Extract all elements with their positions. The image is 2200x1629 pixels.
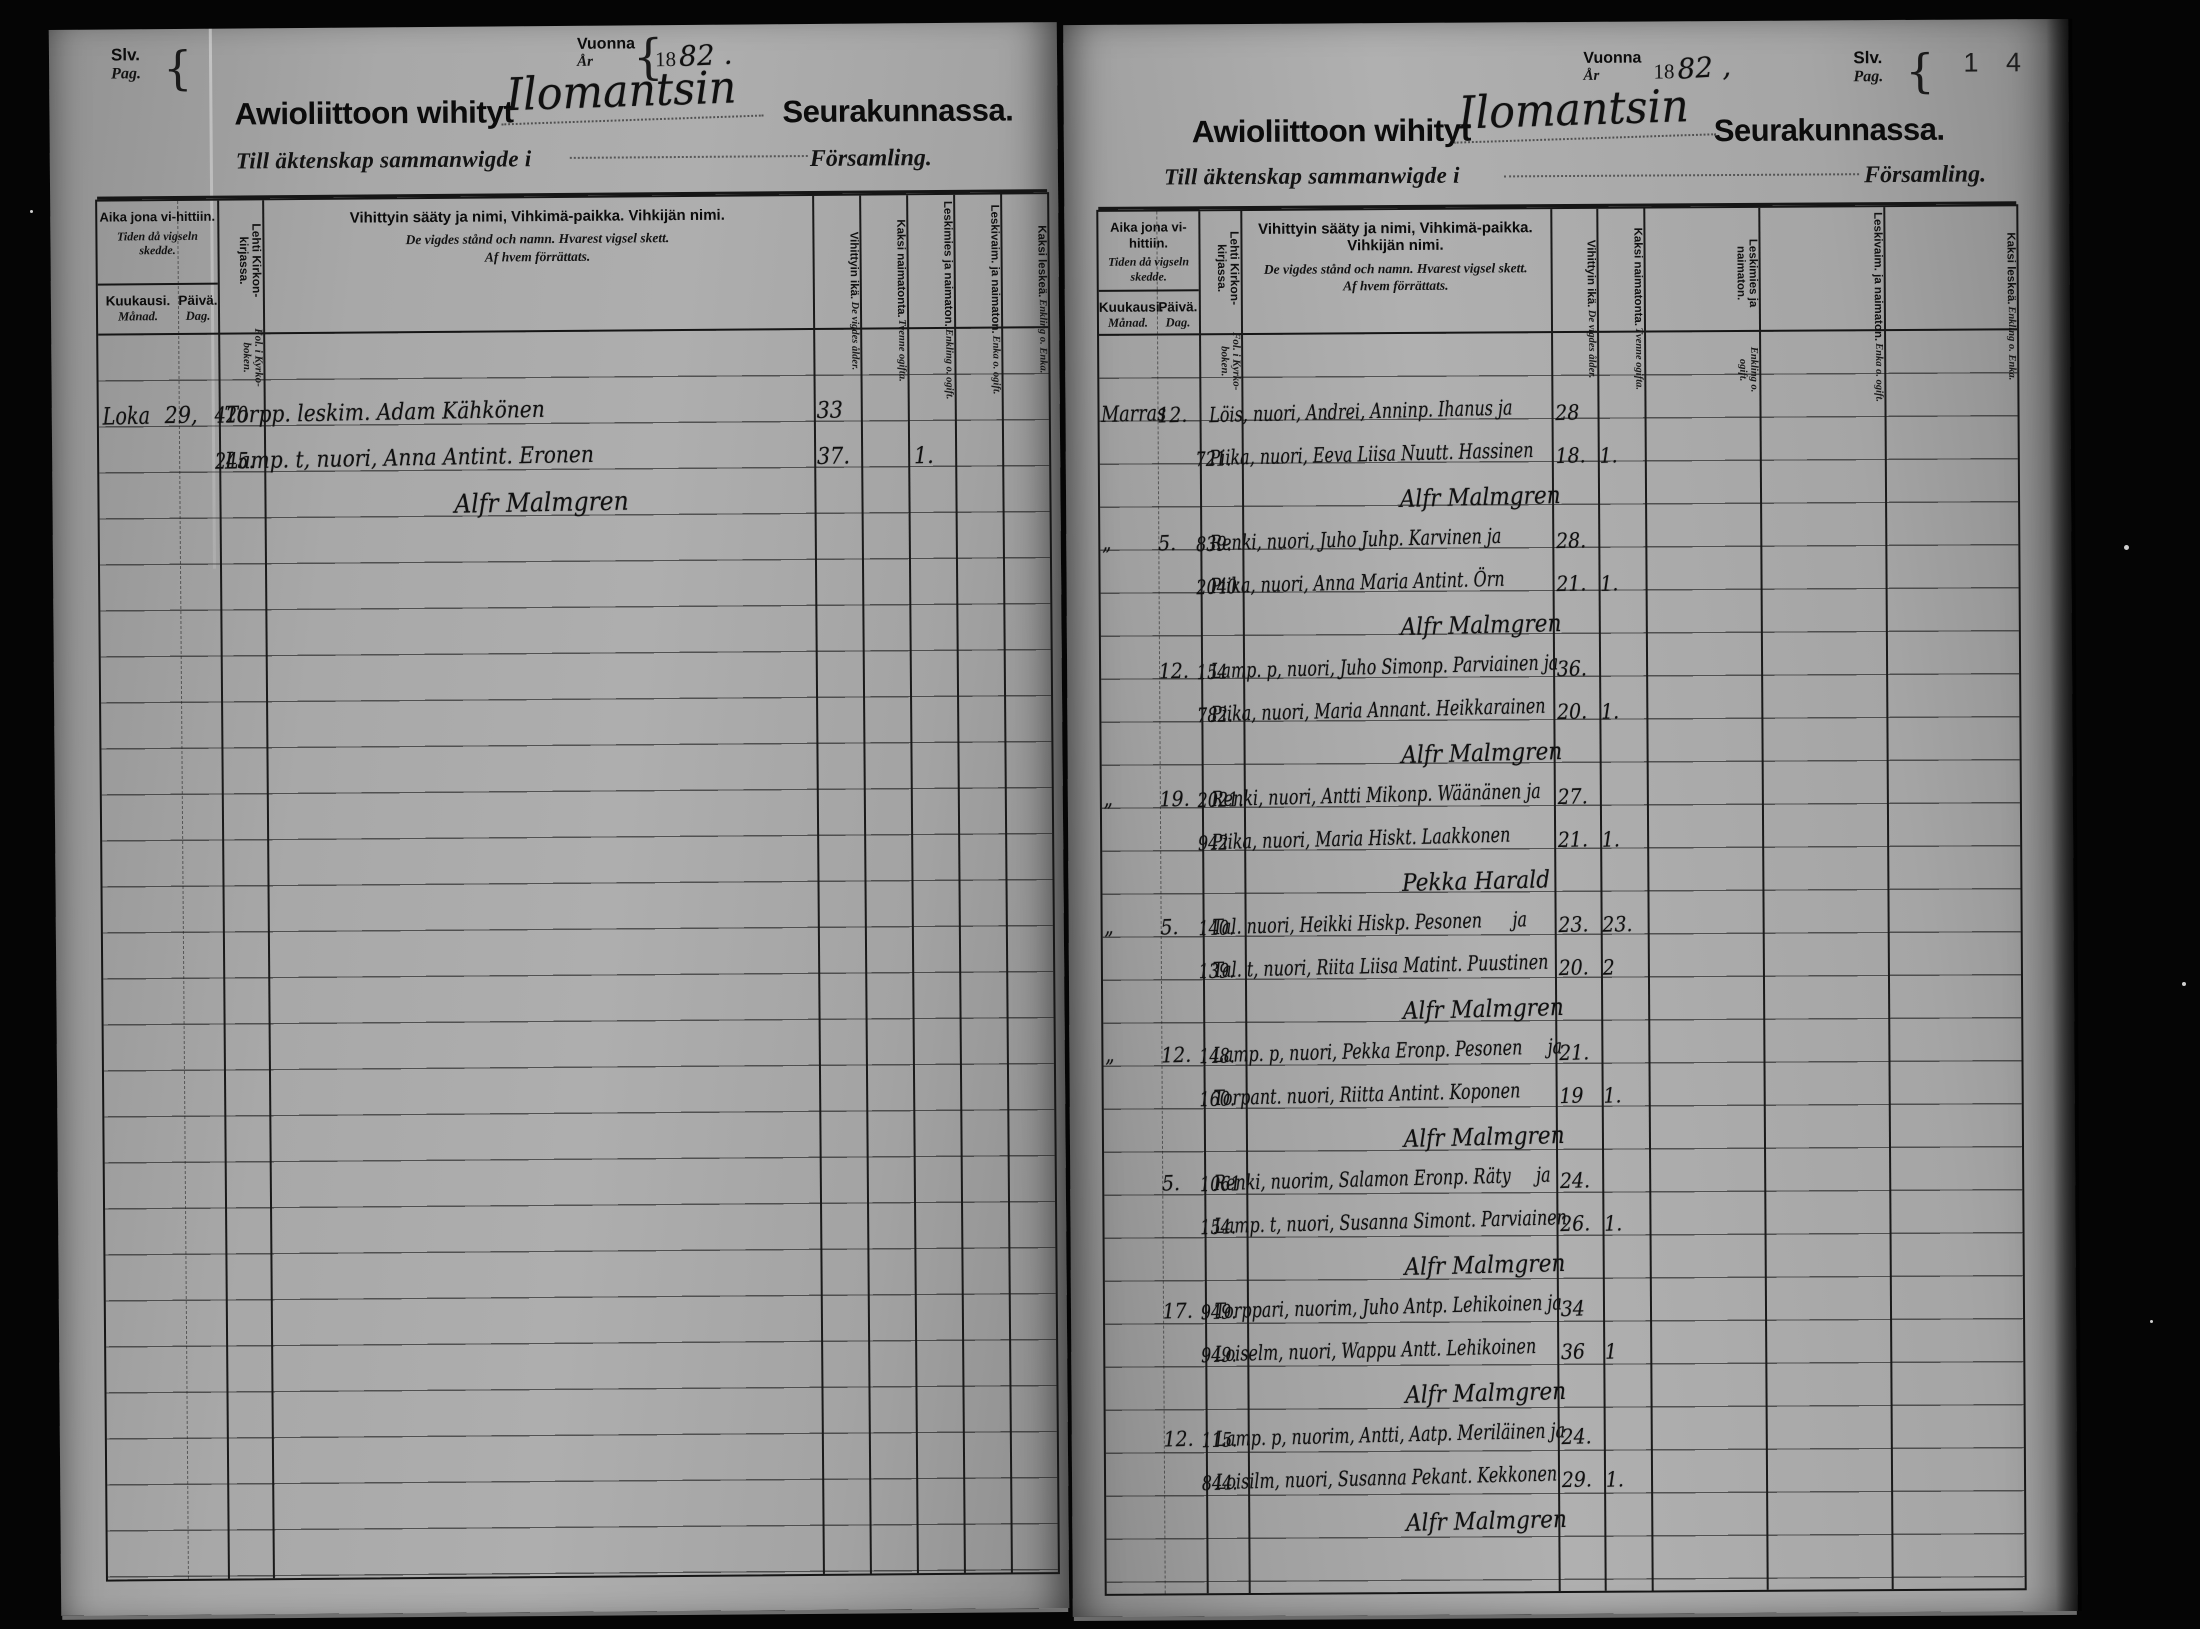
entry-officiant-signature: Alfr Malmgren	[1404, 1248, 1566, 1283]
vuonna-label: Vuonna	[577, 35, 635, 53]
page-number: 1 4	[1963, 47, 2031, 78]
entry-day: 5.	[1158, 530, 1177, 558]
column-header-sv: Fol. i Kyrko-boken.	[240, 318, 264, 399]
entry-status-mark: 1.	[1599, 442, 1618, 470]
entry-day: 19.	[1159, 786, 1190, 814]
column-header-vertical: Vihittyin ikä.De vigdes ålder.	[1550, 213, 1597, 405]
month-header-sv: Månad.	[1099, 315, 1157, 330]
column-header-fi: Vihittyin ikä.	[847, 232, 860, 300]
day-header-fi: Päivä.	[1157, 299, 1199, 315]
dotted-rule	[1504, 172, 1859, 177]
time-box-split-line	[1099, 289, 1199, 291]
entry-age: 21.	[1556, 570, 1587, 598]
book-photo: Slv. Pag. { Vuonna År { 18 82 . Awioliit…	[0, 0, 2200, 1629]
column-header-fi: Vihittyin ikä.	[1584, 240, 1596, 308]
column-header-fi: Leskivaim. ja naimaton.	[988, 204, 1001, 333]
column-header-sv: De vigdes ålder.	[849, 301, 861, 370]
main-header-sv2: Af hvem förrättats.	[1241, 277, 1551, 294]
vuonna-label: Vuonna	[1583, 50, 1641, 68]
entry-day: 17.	[1162, 1298, 1193, 1326]
entry-month: „	[1102, 530, 1112, 559]
column-header-vertical: Leskimies ja naimaton.Enkling o. ogift.	[1643, 212, 1759, 405]
column-header-vertical: Leskivaim. ja naimaton.Enka o. ogift.	[953, 199, 1002, 401]
slv-pag-block: Slv. Pag. {	[111, 45, 141, 83]
dust-speck	[2124, 545, 2129, 550]
entry-day: 12.	[1161, 1042, 1192, 1070]
column-header-vertical: Kaksi leskeä.Enkling o. Enka.	[1000, 198, 1049, 400]
right-page: Slv. Pag. { Vuonna År 18 82 , 1 4 Awioli…	[1063, 19, 2078, 1617]
entry-status-mark: 1.	[1603, 1082, 1622, 1110]
entry-day: 5.	[1160, 914, 1179, 942]
time-header-sv: Tiden då vigseln skedde.	[99, 228, 215, 258]
column-header-vertical: Kaksi naimatonta.Tvenne ogifta.	[1596, 213, 1644, 405]
forsamling-label: Församling.	[1864, 161, 1986, 189]
time-header-fi: Aika jona vi-hittiin.	[99, 209, 215, 226]
slv-label: Slv.	[1853, 48, 1883, 68]
entry-age: 33	[816, 396, 843, 426]
entry-age: 24.	[1560, 1167, 1591, 1195]
column-header-fi: Leskivaim. ja naimaton.	[1871, 212, 1884, 341]
dust-speck	[2150, 1320, 2153, 1323]
entry-status-mark: 1.	[914, 442, 934, 472]
entry-officiant-signature: Alfr Malmgren	[1401, 736, 1563, 771]
entry-status-mark: 1.	[1602, 826, 1621, 854]
page-title-finnish: Awioliittoon wihityt	[1192, 113, 1471, 151]
entry-officiant-signature: Alfr Malmgren	[1399, 480, 1561, 515]
day-header-sv: Dag.	[1157, 315, 1199, 330]
entry-day: 5.	[1162, 1170, 1181, 1198]
day-column-header: Päivä.Dag.	[1157, 299, 1199, 329]
day-column-header: Päivä.Dag.	[178, 293, 218, 323]
entry-age: 27.	[1557, 783, 1588, 811]
main-header-fi: Vihittyin sääty ja nimi, Vihkimä-paikka.…	[1240, 219, 1550, 255]
entry-status-mark: 2	[1602, 955, 1615, 983]
register-table-right: Aika jona vi-hittiin.Tiden då vigseln sk…	[1096, 204, 2026, 1596]
month-header-sv: Månad.	[98, 308, 178, 323]
vuonna-block: Vuonna År 18 82 ,	[1583, 50, 1641, 85]
entry-status-mark: 23.	[1602, 911, 1633, 939]
pag-label: Pag.	[111, 65, 141, 83]
column-header-fi: Kaksi leskeä.	[1035, 225, 1048, 297]
day-header-sv: Dag.	[178, 308, 218, 323]
column-header-sv: Enkling o. Enka.	[1037, 299, 1049, 373]
main-header-sv: De vigdes stånd och namn. Hvarest vigsel…	[262, 229, 812, 249]
parish-name-handwritten: Ilomantsin	[500, 60, 764, 126]
column-header-fi: Lehti Kirkon-kirjassa.	[1215, 215, 1241, 321]
entry-officiant-signature: Alfr Malmgren	[1402, 992, 1564, 1027]
entry-age: 24.	[1561, 1423, 1592, 1451]
pag-label: Pag.	[1853, 68, 1883, 86]
column-header-sv: Tvenne ogifta.	[1633, 328, 1644, 390]
entry-officiant-signature: Pekka Harald	[1402, 864, 1551, 899]
entry-month: Loka	[102, 401, 150, 433]
entry-age: 23.	[1558, 911, 1589, 939]
dust-speck	[2182, 982, 2186, 986]
entry-day: 29,	[164, 401, 197, 431]
column-header-fi: Leskimies ja naimaton.	[941, 201, 954, 327]
slv-pag-block: Slv. Pag. {	[1853, 48, 1883, 86]
time-header-fi: Aika jona vi-hittiin.	[1100, 219, 1196, 251]
day-header-fi: Päivä.	[178, 293, 218, 309]
main-column-header: Vihittyin sääty ja nimi, Vihkimä-paikka.…	[1240, 219, 1550, 294]
time-box-split-line	[98, 283, 218, 286]
column-header-sv: Enkling o. ogift.	[1737, 336, 1759, 404]
slv-label: Slv.	[111, 45, 141, 65]
column-header-fi: Lehti Kirkon-kirjassa.	[237, 204, 263, 315]
brace-glyph: {	[1905, 44, 1935, 98]
column-header-sv: Enka o. ogift.	[990, 336, 1001, 395]
main-header-sv2: Af hvem förrättats.	[263, 247, 813, 267]
month-column-header: Kuukausi.Månad.	[98, 293, 178, 324]
entry-status-mark: 1.	[1600, 570, 1619, 598]
column-header-sv: De vigdes ålder.	[1586, 309, 1597, 378]
column-header-fi: Kaksi naimatonta.	[894, 219, 907, 318]
entry-age: 37.	[817, 442, 850, 472]
entry-officiant-signature: Alfr Malmgren	[1406, 1504, 1568, 1539]
column-header-sv: Enkling o. ogift.	[943, 329, 955, 400]
entry-status-mark: 1	[1605, 1339, 1618, 1367]
column-header-vertical: Vihittyin ikä.De vigdes ålder.	[812, 200, 861, 402]
entry-status-mark: 1.	[1604, 1210, 1623, 1238]
column-header-fi: Kaksi naimatonta.	[1631, 227, 1644, 325]
entry-status-mark: 1.	[1601, 698, 1620, 726]
time-column-header: Aika jona vi-hittiin.Tiden då vigseln sk…	[99, 209, 215, 258]
entry-age: 18.	[1555, 442, 1586, 470]
entry-officiant-signature: Alfr Malmgren	[1403, 1120, 1565, 1155]
entry-age: 19	[1559, 1082, 1584, 1110]
entry-groom-bride-text: Torpp. leskim. Adam Kähkönen	[224, 396, 545, 432]
entry-age: 36	[1561, 1338, 1586, 1366]
entry-age: 20.	[1558, 954, 1589, 982]
subtitle-swedish: Till äktenskap sammanwigde i	[1164, 163, 1460, 191]
register-table-left: Aika jona vi-hittiin.Tiden då vigseln sk…	[95, 192, 1060, 1581]
entry-age: 34	[1560, 1295, 1585, 1323]
subtitle-swedish: Till äktenskap sammanwigde i	[236, 146, 532, 174]
entry-officiant-signature: Alfr Malmgren	[1405, 1376, 1567, 1411]
column-header-sv: Enkling o. Enka.	[2006, 306, 2017, 380]
month-header-fi: Kuukausi.	[1099, 300, 1157, 316]
entry-age: 21.	[1558, 826, 1589, 854]
column-header-fi: Kaksi leskeä.	[2004, 232, 2017, 304]
left-page: Slv. Pag. { Vuonna År { 18 82 . Awioliit…	[49, 22, 1069, 1616]
main-header-sv: De vigdes stånd och namn. Hvarest vigsel…	[1241, 260, 1551, 277]
column-header-vertical: Lehti Kirkon-kirjassa.Fol. i Kyrko-boken…	[217, 204, 264, 398]
column-header-vertical: Leskivaim. ja naimaton.Enka o. ogift.	[1758, 211, 1884, 404]
dotted-rule	[570, 154, 808, 159]
brace-glyph: {	[163, 41, 193, 95]
page-title-finnish-2: Seurakunnassa.	[782, 92, 1013, 130]
main-column-header: Vihittyin sääty ja nimi, Vihkimä-paikka.…	[262, 206, 812, 267]
entry-age: 36.	[1556, 655, 1587, 683]
entry-age: 28.	[1556, 527, 1587, 555]
page-title-finnish-2: Seurakunnassa.	[1714, 112, 1945, 149]
page-title-finnish: Awioliittoon wihityt	[234, 94, 513, 132]
time-column-header: Aika jona vi-hittiin.Tiden då vigseln sk…	[1100, 219, 1196, 284]
month-header-fi: Kuukausi.	[98, 293, 178, 309]
forsamling-label: Församling.	[810, 145, 932, 173]
column-header-vertical: Kaksi leskeä.Enkling o. Enka.	[1883, 210, 2017, 403]
entry-age: 29.	[1561, 1466, 1592, 1494]
column-header-fi: Leskimies ja naimaton.	[1734, 212, 1759, 334]
main-header-fi: Vihittyin sääty ja nimi, Vihkimä-paikka.…	[262, 206, 812, 228]
column-header-vertical: Kaksi naimatonta.Tvenne ogifta.	[859, 199, 908, 401]
column-header-sv: Tvenne ogifta.	[896, 319, 908, 381]
entry-month: „	[1104, 914, 1114, 943]
entry-day: 12.	[1158, 658, 1189, 686]
entry-age: 21.	[1559, 1039, 1590, 1067]
entry-age: 20.	[1557, 698, 1588, 726]
entry-month: „	[1105, 1042, 1115, 1071]
entry-officiant-signature: Alfr Malmgren	[454, 486, 629, 523]
dust-speck	[30, 210, 33, 213]
column-header-vertical: Leskimies ja naimaton.Enkling o. ogift.	[906, 199, 955, 401]
entry-month: „	[1103, 786, 1113, 815]
entry-status-mark: 1.	[1605, 1466, 1624, 1494]
parish-name-handwritten: Ilomantsin	[1452, 78, 1716, 143]
month-column-header: Kuukausi.Månad.	[1099, 300, 1157, 330]
column-header-sv: Enka o. ogift.	[1873, 343, 1884, 402]
column-header-vertical: Lehti Kirkon-kirjassa.Fol. i Kyrko-boken…	[1198, 215, 1241, 399]
entry-day: 12.	[1163, 1426, 1194, 1454]
entry-age: 28	[1555, 399, 1580, 427]
entry-officiant-signature: Alfr Malmgren	[1400, 608, 1562, 643]
entry-age: 26.	[1560, 1210, 1591, 1238]
time-header-sv: Tiden då vigseln skedde.	[1101, 254, 1197, 283]
entry-day: 12.	[1157, 402, 1188, 430]
column-header-sv: Fol. i Kyrko-boken.	[1218, 322, 1242, 399]
